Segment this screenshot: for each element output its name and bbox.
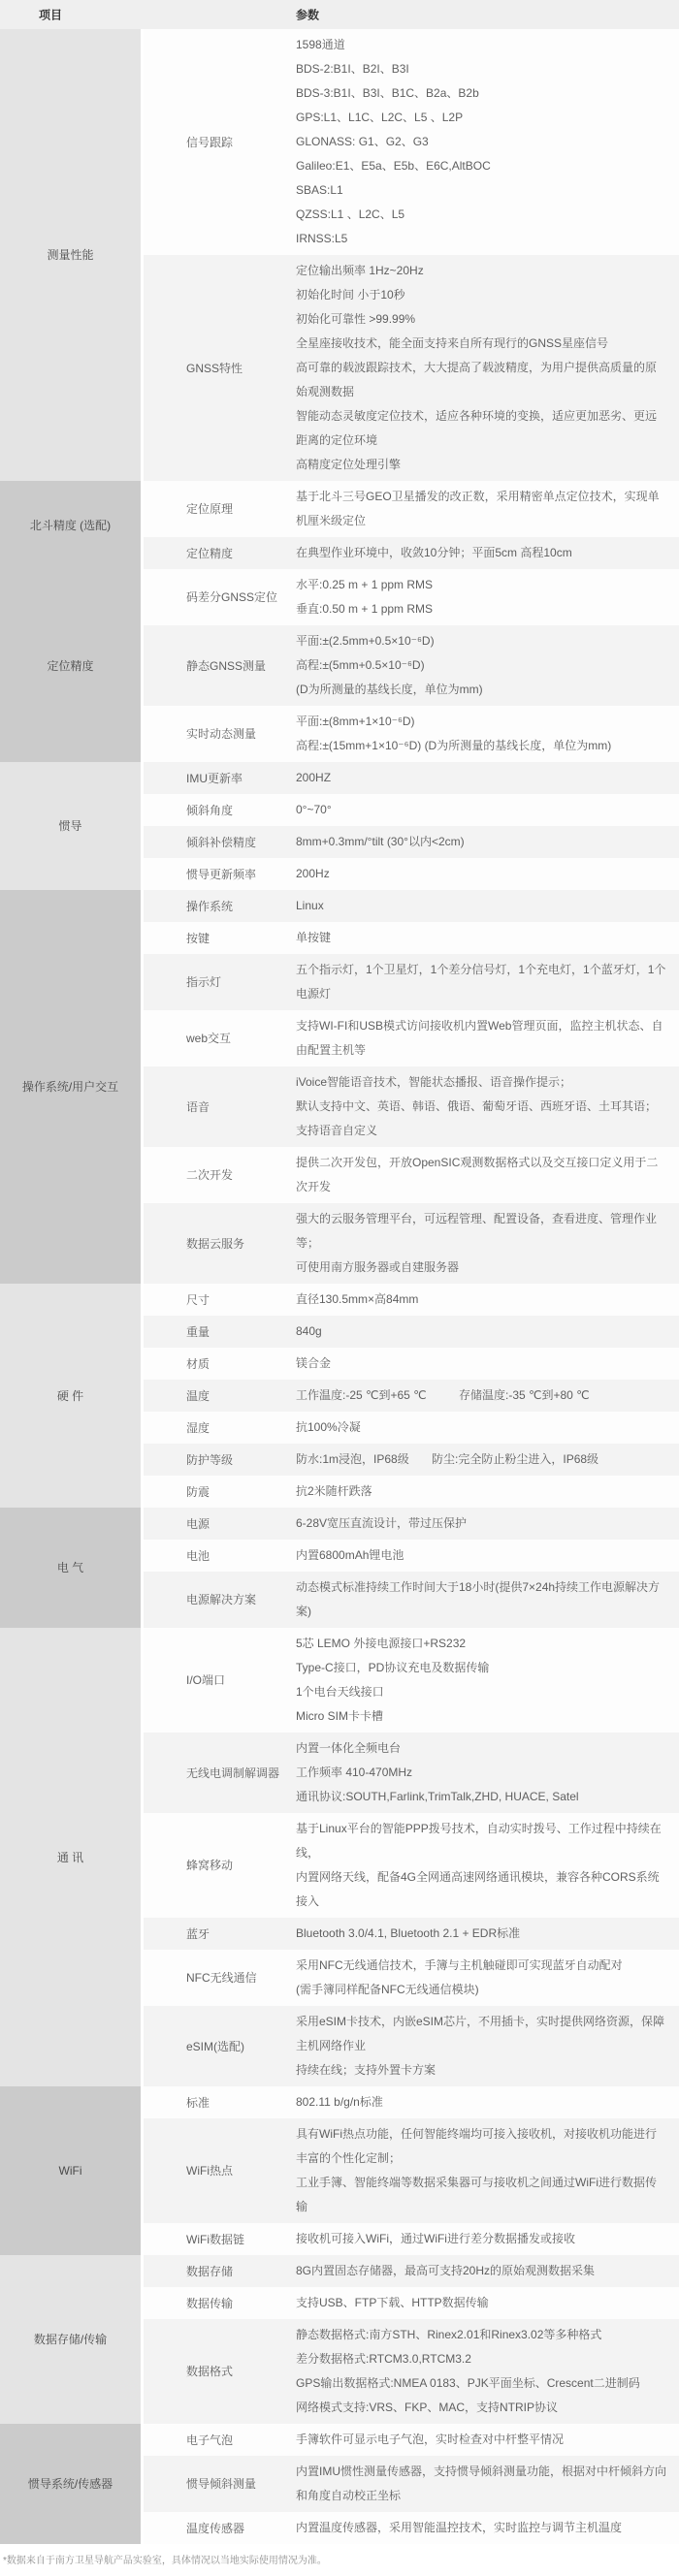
section-rows: IMU更新率200HZ倾斜角度0°~70°倾斜补偿精度8mm+0.3mm/°ti…	[144, 762, 679, 890]
row-label: 惯导更新频率	[144, 866, 296, 883]
spec-row: 蜂窝移动基于Linux平台的智能PPP拨号技术，自动实时拨号、工作过程中持续在线…	[144, 1813, 679, 1918]
row-value-line: 高程:±(15mm+1×10⁻⁶D) (D为所测量的基线长度，单位为mm)	[296, 734, 667, 758]
category-cell: 数据存储/传输	[0, 2255, 141, 2424]
row-values: 单按键	[296, 926, 679, 950]
row-label: IMU更新率	[144, 770, 296, 787]
category-cell: 测量性能	[0, 29, 141, 481]
row-value-line: 200HZ	[296, 766, 667, 790]
spec-row: 定位原理基于北斗三号GEO卫星播发的改正数，采用精密单点定位技术，实现单机厘米级…	[144, 481, 679, 537]
row-label: 指示灯	[144, 973, 296, 991]
spec-row: 电源解决方案动态模式标准持续工作时间大于18小时(提供7×24h持续工作电源解决…	[144, 1572, 679, 1628]
row-values: 抗2米随杆跌落	[296, 1479, 679, 1504]
row-value-line: QZSS:L1 、L2C、L5	[296, 203, 667, 227]
row-value-line: 内置网络天线，配备4G全网通高速网络通讯模块，兼容各种CORS系统接入	[296, 1865, 667, 1914]
row-value-line: 差分数据格式:RTCM3.0,RTCM3.2	[296, 2347, 667, 2371]
row-label: 电子气泡	[144, 2432, 296, 2449]
spec-row: 电池内置6800mAh锂电池	[144, 1540, 679, 1572]
row-values: 平面:±(8mm+1×10⁻⁶D)高程:±(15mm+1×10⁻⁶D) (D为所…	[296, 710, 679, 758]
row-label: 数据格式	[144, 2363, 296, 2380]
row-label: 数据传输	[144, 2295, 296, 2312]
row-value-line: 通讯协议:SOUTH,Farlink,TrimTalk,ZHD, HUACE, …	[296, 1785, 667, 1809]
section-rows: 电子气泡手簿软件可显示电子气泡，实时检查对中杆整平情况惯导倾斜测量内置IMU惯性…	[144, 2424, 679, 2544]
row-values: 内置IMU惯性测量传感器，支持惯导倾斜测量功能，根据对中杆倾斜方向和角度自动校正…	[296, 2460, 679, 2508]
row-value-line: 镁合金	[296, 1352, 667, 1376]
category-cell: 惯导系统/传感器	[0, 2424, 141, 2544]
spec-row: 数据存储8G内置固态存储器，最高可支持20Hz的原始观测数据采集	[144, 2255, 679, 2287]
row-label: 温度传感器	[144, 2520, 296, 2537]
row-values: 支持USB、FTP下载、HTTP数据传输	[296, 2291, 679, 2315]
category-cell: 电 气	[0, 1508, 141, 1628]
row-label: 定位精度	[144, 545, 296, 562]
row-value-line: 网络模式支持:VRS、FKP、MAC，支持NTRIP协议	[296, 2396, 667, 2420]
row-value-line: 支持USB、FTP下载、HTTP数据传输	[296, 2291, 667, 2315]
row-values: 强大的云服务管理平台，可远程管理、配置设备，查看进度、管理作业等；可使用南方服务…	[296, 1207, 679, 1280]
row-label: NFC无线通信	[144, 1969, 296, 1987]
spec-row: 指示灯五个指示灯，1个卫星灯，1个差分信号灯，1个充电灯，1个蓝牙灯，1个电源灯	[144, 954, 679, 1010]
spec-row: 温度传感器内置温度传感器，采用智能温控技术，实时监控与调节主机温度	[144, 2512, 679, 2544]
row-label: 数据云服务	[144, 1235, 296, 1253]
row-label: 温度	[144, 1387, 296, 1405]
row-value-line: 防水:1m浸泡，IP68级 防尘:完全防止粉尘进入，IP68级	[296, 1447, 667, 1472]
row-label: 按键	[144, 930, 296, 947]
section-rows: 电源6-28V宽压直流设计，带过压保护电池内置6800mAh锂电池电源解决方案动…	[144, 1508, 679, 1628]
row-label: 倾斜补偿精度	[144, 834, 296, 851]
row-values: 工作温度:-25 ℃到+65 ℃ 存储温度:-35 ℃到+80 ℃	[296, 1383, 679, 1408]
row-values: 水平:0.25 m + 1 ppm RMS垂直:0.50 m + 1 ppm R…	[296, 573, 679, 621]
row-value-line: 动态模式标准持续工作时间大于18小时(提供7×24h持续工作电源解决方案)	[296, 1575, 667, 1624]
row-value-line: 水平:0.25 m + 1 ppm RMS	[296, 573, 667, 597]
row-label: 电源解决方案	[144, 1591, 296, 1608]
spec-row: I/O端口5芯 LEMO 外接电源接口+RS232Type-C接口，PD协议充电…	[144, 1628, 679, 1733]
section-rows: 数据存储8G内置固态存储器，最高可支持20Hz的原始观测数据采集数据传输支持US…	[144, 2255, 679, 2424]
row-values: 1598通道BDS-2:B1I、B2I、B3IBDS-3:B1I、B3I、B1C…	[296, 33, 679, 251]
category-cell: 操作系统/用户交互	[0, 890, 141, 1284]
row-label: 二次开发	[144, 1166, 296, 1184]
header-item-col: 项目	[39, 7, 62, 23]
row-values: 采用eSIM卡技术，内嵌eSIM芯片，不用插卡，实时提供网络资源，保障主机网络作…	[296, 2010, 679, 2083]
row-value-line: 8mm+0.3mm/°tilt (30°以内<2cm)	[296, 830, 667, 854]
row-label: 标准	[144, 2094, 296, 2112]
spec-row: 惯导倾斜测量内置IMU惯性测量传感器，支持惯导倾斜测量功能，根据对中杆倾斜方向和…	[144, 2456, 679, 2512]
row-value-line: 1598通道	[296, 33, 667, 57]
row-label: I/O端口	[144, 1671, 296, 1689]
row-value-line: 高程:±(5mm+0.5×10⁻⁶D)	[296, 653, 667, 678]
row-values: 手簿软件可显示电子气泡，实时检查对中杆整平情况	[296, 2428, 679, 2452]
row-label: 蓝牙	[144, 1925, 296, 1943]
row-values: 6-28V宽压直流设计，带过压保护	[296, 1511, 679, 1536]
row-label: 防震	[144, 1483, 296, 1501]
row-values: 5芯 LEMO 外接电源接口+RS232Type-C接口，PD协议充电及数据传输…	[296, 1632, 679, 1729]
row-value-line: 智能动态灵敏度定位技术，适应各种环境的变换，适应更加恶劣、更远距离的定位环境	[296, 404, 667, 453]
table-header: 项目 参数	[0, 0, 679, 29]
row-label: 定位原理	[144, 500, 296, 518]
row-value-line: 垂直:0.50 m + 1 ppm RMS	[296, 597, 667, 621]
row-value-line: 内置温度传感器，采用智能温控技术，实时监控与调节主机温度	[296, 2516, 667, 2540]
row-value-line: GPS:L1、L1C、L2C、L5 、L2P	[296, 106, 667, 130]
row-value-line: 抗2米随杆跌落	[296, 1479, 667, 1504]
row-values: 防水:1m浸泡，IP68级 防尘:完全防止粉尘进入，IP68级	[296, 1447, 679, 1472]
spec-row: 防护等级防水:1m浸泡，IP68级 防尘:完全防止粉尘进入，IP68级	[144, 1444, 679, 1476]
spec-row: 无线电调制解调器内置一体化全频电台工作频率 410-470MHz通讯协议:SOU…	[144, 1733, 679, 1813]
row-label: 无线电调制解调器	[144, 1765, 296, 1782]
row-values: 基于Linux平台的智能PPP拨号技术，自动实时拨号、工作过程中持续在线，内置网…	[296, 1817, 679, 1914]
row-value-line: 抗100%冷凝	[296, 1415, 667, 1440]
spec-row: 二次开发提供二次开发包，开放OpenSIC观测数据格式以及交互接口定义用于二次开…	[144, 1147, 679, 1203]
row-label: 电池	[144, 1547, 296, 1565]
section-rows: 定位原理基于北斗三号GEO卫星播发的改正数，采用精密单点定位技术，实现单机厘米级…	[144, 481, 679, 569]
row-value-line: BDS-3:B1I、B3I、B1C、B2a、B2b	[296, 81, 667, 106]
spec-row: WiFi数据链接收机可接入WiFi，通过WiFi进行差分数据播发或接收	[144, 2223, 679, 2255]
row-values: 8G内置固态存储器，最高可支持20Hz的原始观测数据采集	[296, 2259, 679, 2283]
row-label: 防护等级	[144, 1451, 296, 1469]
spec-row: 语音iVoice智能语音技术，智能状态播报、语音操作提示；默认支持中文、英语、韩…	[144, 1066, 679, 1147]
row-label: 蜂窝移动	[144, 1857, 296, 1874]
category-cell: 通 讯	[0, 1628, 141, 2086]
category-cell: 定位精度	[0, 569, 141, 762]
row-value-line: 提供二次开发包，开放OpenSIC观测数据格式以及交互接口定义用于二次开发	[296, 1151, 667, 1199]
row-value-line: 1个电台天线接口	[296, 1680, 667, 1704]
row-values: 200HZ	[296, 766, 679, 790]
row-values: 平面:±(2.5mm+0.5×10⁻⁶D)高程:±(5mm+0.5×10⁻⁶D)…	[296, 629, 679, 702]
row-label: GNSS特性	[144, 360, 296, 377]
row-value-line: 工业手簿、智能终端等数据采集器可与接收机之间通过WiFi进行数据传输	[296, 2171, 667, 2219]
row-value-line: 采用NFC无线通信技术，手簿与主机触碰即可实现蓝牙自动配对	[296, 1954, 667, 1978]
section-rows: I/O端口5芯 LEMO 外接电源接口+RS232Type-C接口，PD协议充电…	[144, 1628, 679, 2086]
row-value-line: 平面:±(2.5mm+0.5×10⁻⁶D)	[296, 629, 667, 653]
spec-row: web交互支持WI-FI和USB模式访问接收机内置Web管理页面，监控主机状态、…	[144, 1010, 679, 1066]
row-values: 镁合金	[296, 1352, 679, 1376]
spec-row: NFC无线通信采用NFC无线通信技术，手簿与主机触碰即可实现蓝牙自动配对(需手簿…	[144, 1950, 679, 2006]
spec-row: 惯导更新频率200Hz	[144, 858, 679, 890]
row-values: 具有WiFi热点功能，任何智能终端均可接入接收机，对接收机功能进行丰富的个性化定…	[296, 2122, 679, 2219]
spec-row: 倾斜角度0°~70°	[144, 794, 679, 826]
spec-row: 数据传输支持USB、FTP下载、HTTP数据传输	[144, 2287, 679, 2319]
row-value-line: GLONASS: G1、G2、G3	[296, 130, 667, 154]
row-values: 0°~70°	[296, 798, 679, 822]
row-values: 抗100%冷凝	[296, 1415, 679, 1440]
spec-row: 标准802.11 b/g/n标准	[144, 2086, 679, 2118]
row-value-line: 初始化时间 小于10秒	[296, 283, 667, 307]
row-label: 尺寸	[144, 1291, 296, 1309]
spec-section: 通 讯I/O端口5芯 LEMO 外接电源接口+RS232Type-C接口，PD协…	[0, 1628, 679, 2086]
row-label: eSIM(选配)	[144, 2038, 296, 2055]
spec-section: 北斗精度 (选配)定位原理基于北斗三号GEO卫星播发的改正数，采用精密单点定位技…	[0, 481, 679, 569]
spec-section: WiFi标准802.11 b/g/n标准WiFi热点具有WiFi热点功能，任何智…	[0, 2086, 679, 2255]
spec-section: 数据存储/传输数据存储8G内置固态存储器，最高可支持20Hz的原始观测数据采集数…	[0, 2255, 679, 2424]
row-values: 内置6800mAh锂电池	[296, 1543, 679, 1568]
row-value-line: 平面:±(8mm+1×10⁻⁶D)	[296, 710, 667, 734]
row-value-line: SBAS:L1	[296, 178, 667, 203]
row-values: 接收机可接入WiFi，通过WiFi进行差分数据播发或接收	[296, 2227, 679, 2251]
row-value-line: Bluetooth 3.0/4.1, Bluetooth 2.1 + EDR标准	[296, 1922, 667, 1946]
footnote: *数据来自于南方卫星导航产品实验室，具体情况以当地实际使用情况为准。	[3, 2552, 679, 2566]
row-label: WiFi数据链	[144, 2231, 296, 2248]
row-values: 内置温度传感器，采用智能温控技术，实时监控与调节主机温度	[296, 2516, 679, 2540]
row-value-line: 接收机可接入WiFi，通过WiFi进行差分数据播发或接收	[296, 2227, 667, 2251]
row-value-line: 持续在线；支持外置卡方案	[296, 2058, 667, 2083]
row-values: 静态数据格式:南方STH、Rinex2.01和Rinex3.02等多种格式差分数…	[296, 2323, 679, 2420]
row-value-line: 工作温度:-25 ℃到+65 ℃ 存储温度:-35 ℃到+80 ℃	[296, 1383, 667, 1408]
spec-section: 测量性能信号跟踪1598通道BDS-2:B1I、B2I、B3IBDS-3:B1I…	[0, 29, 679, 481]
spec-row: 电子气泡手簿软件可显示电子气泡，实时检查对中杆整平情况	[144, 2424, 679, 2456]
row-value-line: 高精度定位处理引擎	[296, 453, 667, 477]
spec-row: 数据格式静态数据格式:南方STH、Rinex2.01和Rinex3.02等多种格…	[144, 2319, 679, 2424]
spec-row: 倾斜补偿精度8mm+0.3mm/°tilt (30°以内<2cm)	[144, 826, 679, 858]
row-value-line: Type-C接口，PD协议充电及数据传输	[296, 1656, 667, 1680]
section-rows: 操作系统Linux按键单按键指示灯五个指示灯，1个卫星灯，1个差分信号灯，1个充…	[144, 890, 679, 1284]
row-value-line: IRNSS:L5	[296, 227, 667, 251]
spec-row: 信号跟踪1598通道BDS-2:B1I、B2I、B3IBDS-3:B1I、B3I…	[144, 29, 679, 255]
category-cell: WiFi	[0, 2086, 141, 2255]
row-values: Bluetooth 3.0/4.1, Bluetooth 2.1 + EDR标准	[296, 1922, 679, 1946]
row-label: 码差分GNSS定位	[144, 588, 296, 606]
spec-row: 重量840g	[144, 1316, 679, 1348]
row-value-line: GPS输出数据格式:NMEA 0183、PJK平面坐标、Crescent二进制码	[296, 2371, 667, 2396]
row-value-line: Linux	[296, 894, 667, 918]
row-value-line: 具有WiFi热点功能，任何智能终端均可接入接收机，对接收机功能进行丰富的个性化定…	[296, 2122, 667, 2171]
row-value-line: 内置IMU惯性测量传感器，支持惯导倾斜测量功能，根据对中杆倾斜方向和角度自动校正…	[296, 2460, 667, 2508]
spec-section: 惯导IMU更新率200HZ倾斜角度0°~70°倾斜补偿精度8mm+0.3mm/°…	[0, 762, 679, 890]
row-value-line: 在典型作业环境中，收敛10分钟；平面5cm 高程10cm	[296, 541, 667, 565]
spec-row: 湿度抗100%冷凝	[144, 1412, 679, 1444]
row-values: 采用NFC无线通信技术，手簿与主机触碰即可实现蓝牙自动配对(需手簿同样配备NFC…	[296, 1954, 679, 2002]
row-label: 电源	[144, 1515, 296, 1533]
row-value-line: 840g	[296, 1320, 667, 1344]
row-value-line: 支持WI-FI和USB模式访问接收机内置Web管理页面，监控主机状态、自由配置主…	[296, 1014, 667, 1063]
section-rows: 码差分GNSS定位水平:0.25 m + 1 ppm RMS垂直:0.50 m …	[144, 569, 679, 762]
row-label: 语音	[144, 1098, 296, 1116]
row-label: web交互	[144, 1030, 296, 1047]
row-value-line: 采用eSIM卡技术，内嵌eSIM芯片，不用插卡，实时提供网络资源，保障主机网络作…	[296, 2010, 667, 2058]
row-value-line: (需手簿同样配备NFC无线通信模块)	[296, 1978, 667, 2002]
category-cell: 北斗精度 (选配)	[0, 481, 141, 569]
row-label: 实时动态测量	[144, 725, 296, 743]
category-cell: 硬 件	[0, 1284, 141, 1508]
row-values: 内置一体化全频电台工作频率 410-470MHz通讯协议:SOUTH,Farli…	[296, 1736, 679, 1809]
row-value-line: 内置6800mAh锂电池	[296, 1543, 667, 1568]
row-value-line: 工作频率 410-470MHz	[296, 1761, 667, 1785]
spec-row: 温度工作温度:-25 ℃到+65 ℃ 存储温度:-35 ℃到+80 ℃	[144, 1380, 679, 1412]
row-values: 提供二次开发包，开放OpenSIC观测数据格式以及交互接口定义用于二次开发	[296, 1151, 679, 1199]
row-value-line: 单按键	[296, 926, 667, 950]
row-value-line: Galileo:E1、E5a、E5b、E6C,AltBOC	[296, 154, 667, 178]
spec-row: 防震抗2米随杆跌落	[144, 1476, 679, 1508]
row-label: 操作系统	[144, 898, 296, 915]
row-value-line: 定位输出频率 1Hz~20Hz	[296, 259, 667, 283]
spec-table-body: 测量性能信号跟踪1598通道BDS-2:B1I、B2I、B3IBDS-3:B1I…	[0, 29, 679, 2544]
row-values: Linux	[296, 894, 679, 918]
row-values: 五个指示灯，1个卫星灯，1个差分信号灯，1个充电灯，1个蓝牙灯，1个电源灯	[296, 958, 679, 1006]
row-value-line: 5芯 LEMO 外接电源接口+RS232	[296, 1632, 667, 1656]
row-value-line: 全星座接收技术，能全面支持来自所有现行的GNSS星座信号	[296, 332, 667, 356]
row-label: 倾斜角度	[144, 802, 296, 819]
spec-row: 按键单按键	[144, 922, 679, 954]
row-value-line: 静态数据格式:南方STH、Rinex2.01和Rinex3.02等多种格式	[296, 2323, 667, 2347]
spec-row: GNSS特性定位输出频率 1Hz~20Hz初始化时间 小于10秒初始化可靠性 >…	[144, 255, 679, 481]
row-value-line: 基于北斗三号GEO卫星播发的改正数，采用精密单点定位技术，实现单机厘米级定位	[296, 485, 667, 533]
row-values: 动态模式标准持续工作时间大于18小时(提供7×24h持续工作电源解决方案)	[296, 1575, 679, 1624]
spec-row: 材质镁合金	[144, 1348, 679, 1380]
spec-row: 码差分GNSS定位水平:0.25 m + 1 ppm RMS垂直:0.50 m …	[144, 569, 679, 625]
row-value-line: 可使用南方服务器或自建服务器	[296, 1256, 667, 1280]
row-values: 200Hz	[296, 862, 679, 886]
row-value-line: 初始化可靠性 >99.99%	[296, 307, 667, 332]
row-value-line: 内置一体化全频电台	[296, 1736, 667, 1761]
spec-row: 尺寸直径130.5mm×高84mm	[144, 1284, 679, 1316]
spec-row: 实时动态测量平面:±(8mm+1×10⁻⁶D)高程:±(15mm+1×10⁻⁶D…	[144, 706, 679, 762]
spec-row: 静态GNSS测量平面:±(2.5mm+0.5×10⁻⁶D)高程:±(5mm+0.…	[144, 625, 679, 706]
row-label: WiFi热点	[144, 2162, 296, 2179]
row-value-line: 手簿软件可显示电子气泡，实时检查对中杆整平情况	[296, 2428, 667, 2452]
row-values: 直径130.5mm×高84mm	[296, 1288, 679, 1312]
row-values: 8mm+0.3mm/°tilt (30°以内<2cm)	[296, 830, 679, 854]
row-label: 数据存储	[144, 2263, 296, 2280]
row-value-line: 基于Linux平台的智能PPP拨号技术，自动实时拨号、工作过程中持续在线，	[296, 1817, 667, 1865]
spec-section: 硬 件尺寸直径130.5mm×高84mm重量840g材质镁合金温度工作温度:-2…	[0, 1284, 679, 1508]
row-label: 重量	[144, 1323, 296, 1341]
row-value-line: 强大的云服务管理平台，可远程管理、配置设备，查看进度、管理作业等；	[296, 1207, 667, 1256]
spec-row: 电源6-28V宽压直流设计，带过压保护	[144, 1508, 679, 1540]
spec-row: IMU更新率200HZ	[144, 762, 679, 794]
section-rows: 信号跟踪1598通道BDS-2:B1I、B2I、B3IBDS-3:B1I、B3I…	[144, 29, 679, 481]
row-values: 在典型作业环境中，收敛10分钟；平面5cm 高程10cm	[296, 541, 679, 565]
row-values: 定位输出频率 1Hz~20Hz初始化时间 小于10秒初始化可靠性 >99.99%…	[296, 259, 679, 477]
section-rows: 尺寸直径130.5mm×高84mm重量840g材质镁合金温度工作温度:-25 ℃…	[144, 1284, 679, 1508]
spec-row: 蓝牙Bluetooth 3.0/4.1, Bluetooth 2.1 + EDR…	[144, 1918, 679, 1950]
row-label: 惯导倾斜测量	[144, 2475, 296, 2493]
row-values: iVoice智能语音技术，智能状态播报、语音操作提示；默认支持中文、英语、韩语、…	[296, 1070, 679, 1143]
row-value-line: 高可靠的载波跟踪技术，大大提高了载波精度，为用户提供高质量的原始观测数据	[296, 356, 667, 404]
row-value-line: 直径130.5mm×高84mm	[296, 1288, 667, 1312]
row-value-line: iVoice智能语音技术，智能状态播报、语音操作提示；	[296, 1070, 667, 1095]
row-value-line: (D为所测量的基线长度，单位为mm)	[296, 678, 667, 702]
row-value-line: 802.11 b/g/n标准	[296, 2090, 667, 2115]
row-label: 材质	[144, 1355, 296, 1373]
row-value-line: 五个指示灯，1个卫星灯，1个差分信号灯，1个充电灯，1个蓝牙灯，1个电源灯	[296, 958, 667, 1006]
category-cell: 惯导	[0, 762, 141, 890]
row-values: 840g	[296, 1320, 679, 1344]
spec-row: 数据云服务强大的云服务管理平台，可远程管理、配置设备，查看进度、管理作业等；可使…	[144, 1203, 679, 1284]
spec-row: WiFi热点具有WiFi热点功能，任何智能终端均可接入接收机，对接收机功能进行丰…	[144, 2118, 679, 2223]
spec-section: 定位精度码差分GNSS定位水平:0.25 m + 1 ppm RMS垂直:0.5…	[0, 569, 679, 762]
row-value-line: 8G内置固态存储器，最高可支持20Hz的原始观测数据采集	[296, 2259, 667, 2283]
section-rows: 标准802.11 b/g/n标准WiFi热点具有WiFi热点功能，任何智能终端均…	[144, 2086, 679, 2255]
row-values: 支持WI-FI和USB模式访问接收机内置Web管理页面，监控主机状态、自由配置主…	[296, 1014, 679, 1063]
spec-row: 操作系统Linux	[144, 890, 679, 922]
spec-section: 电 气电源6-28V宽压直流设计，带过压保护电池内置6800mAh锂电池电源解决…	[0, 1508, 679, 1628]
row-value-line: 默认支持中文、英语、韩语、俄语、葡萄牙语、西班牙语、土耳其语；支持语音自定义	[296, 1095, 667, 1143]
spec-row: eSIM(选配)采用eSIM卡技术，内嵌eSIM芯片，不用插卡，实时提供网络资源…	[144, 2006, 679, 2086]
header-param-col: 参数	[296, 7, 319, 23]
row-label: 静态GNSS测量	[144, 657, 296, 675]
row-values: 802.11 b/g/n标准	[296, 2090, 679, 2115]
spec-section: 惯导系统/传感器电子气泡手簿软件可显示电子气泡，实时检查对中杆整平情况惯导倾斜测…	[0, 2424, 679, 2544]
row-label: 湿度	[144, 1419, 296, 1437]
row-label: 信号跟踪	[144, 134, 296, 151]
row-value-line: 200Hz	[296, 862, 667, 886]
spec-section: 操作系统/用户交互操作系统Linux按键单按键指示灯五个指示灯，1个卫星灯，1个…	[0, 890, 679, 1284]
spec-row: 定位精度在典型作业环境中，收敛10分钟；平面5cm 高程10cm	[144, 537, 679, 569]
row-value-line: 0°~70°	[296, 798, 667, 822]
row-value-line: 6-28V宽压直流设计，带过压保护	[296, 1511, 667, 1536]
row-values: 基于北斗三号GEO卫星播发的改正数，采用精密单点定位技术，实现单机厘米级定位	[296, 485, 679, 533]
row-value-line: Micro SIM卡卡槽	[296, 1704, 667, 1729]
row-value-line: BDS-2:B1I、B2I、B3I	[296, 57, 667, 81]
